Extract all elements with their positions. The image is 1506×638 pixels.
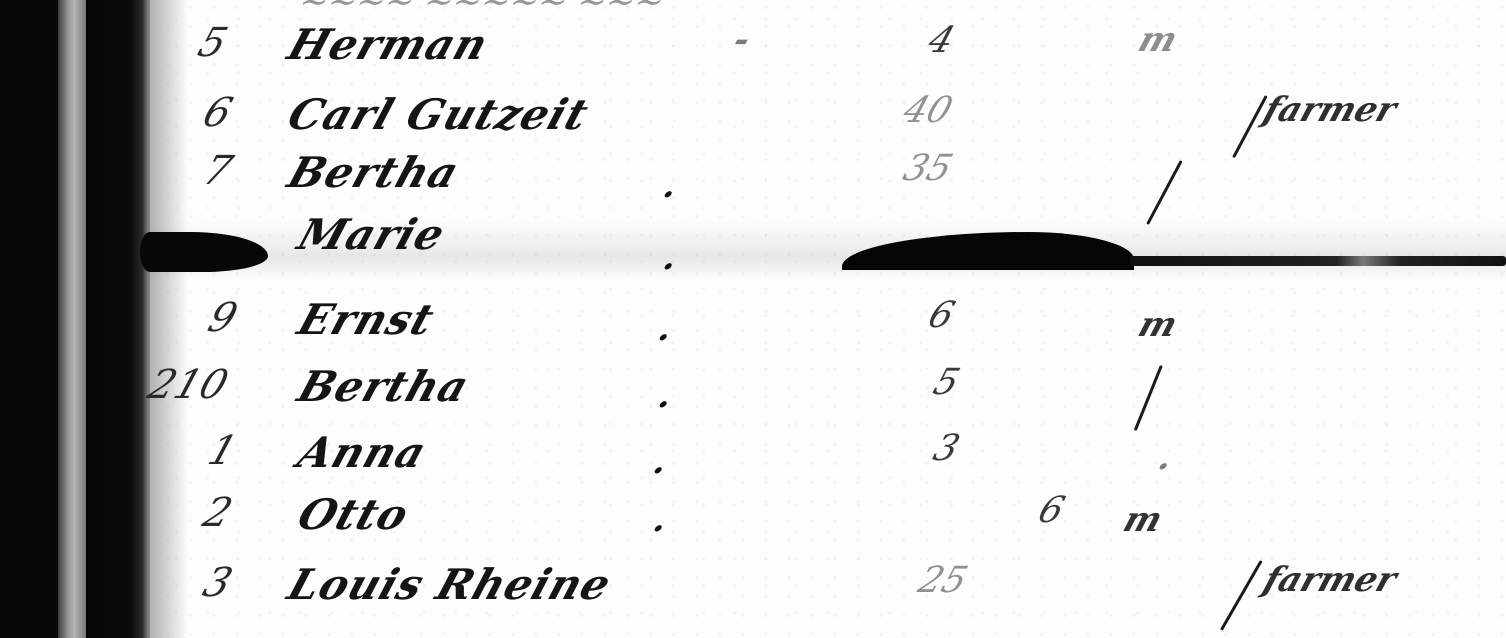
census-row: 5 Herman - 4 m bbox=[0, 20, 1506, 82]
ditto-mark: . bbox=[659, 166, 684, 206]
occupation: farmer bbox=[1259, 560, 1402, 600]
person-name: Herman bbox=[282, 20, 495, 69]
ditto-mark: - bbox=[729, 20, 756, 60]
census-row: 9 Ernst . 6 m bbox=[0, 295, 1506, 357]
age: 4 bbox=[923, 20, 959, 61]
age: 25 bbox=[913, 560, 972, 601]
person-name: Otto bbox=[292, 490, 415, 539]
person-name: Louis Rheine bbox=[282, 560, 618, 609]
census-row: 1 Anna . 3 . bbox=[0, 428, 1506, 490]
age: 40 bbox=[898, 90, 957, 131]
person-name: Marie bbox=[292, 210, 451, 259]
age: 35 bbox=[898, 148, 957, 189]
line-number: 5 bbox=[193, 20, 233, 66]
cut-off-previous-line: ~~~~ ~~~~~ ~~~ bbox=[294, 0, 670, 22]
line-number: 9 bbox=[203, 295, 243, 341]
line-number: 7 bbox=[198, 148, 238, 194]
ditto-mark: . bbox=[649, 442, 674, 482]
person-name: Bertha bbox=[282, 148, 465, 197]
ditto-mark: . bbox=[649, 500, 674, 540]
person-name: Bertha bbox=[292, 362, 475, 411]
person-name: Anna bbox=[292, 428, 433, 477]
line-number: 1 bbox=[203, 428, 243, 474]
sex: m bbox=[1134, 305, 1183, 345]
line-number: 210 bbox=[143, 362, 234, 408]
sex: m bbox=[1119, 500, 1168, 540]
sex: m bbox=[1134, 20, 1183, 60]
occupation: farmer bbox=[1259, 90, 1402, 130]
census-row: 2 Otto . 6 m bbox=[0, 490, 1506, 552]
ink-line bbox=[1130, 256, 1506, 266]
document-page: ~~~~ ~~~~~ ~~~ 5 Herman - 4 m 6 Carl Gut… bbox=[0, 0, 1506, 638]
census-row: 210 Bertha . 5 bbox=[0, 362, 1506, 424]
ditto-mark: . bbox=[654, 376, 679, 416]
census-row: 3 Louis Rheine 25 farmer bbox=[0, 560, 1506, 622]
line-number: 2 bbox=[198, 490, 238, 536]
age: 3 bbox=[928, 428, 964, 469]
person-name: Carl Gutzeit bbox=[282, 90, 595, 139]
census-row: 7 Bertha . 35 bbox=[0, 148, 1506, 210]
ditto-mark: . bbox=[1154, 438, 1179, 478]
line-number: 6 bbox=[198, 90, 238, 136]
line-number: 3 bbox=[198, 560, 238, 606]
age: 6 bbox=[923, 295, 959, 336]
age: 5 bbox=[928, 362, 964, 403]
person-name: Ernst bbox=[292, 295, 441, 344]
census-row: 6 Carl Gutzeit 40 farmer bbox=[0, 90, 1506, 152]
ditto-mark: . bbox=[654, 309, 679, 349]
age: 6 bbox=[1033, 490, 1069, 531]
